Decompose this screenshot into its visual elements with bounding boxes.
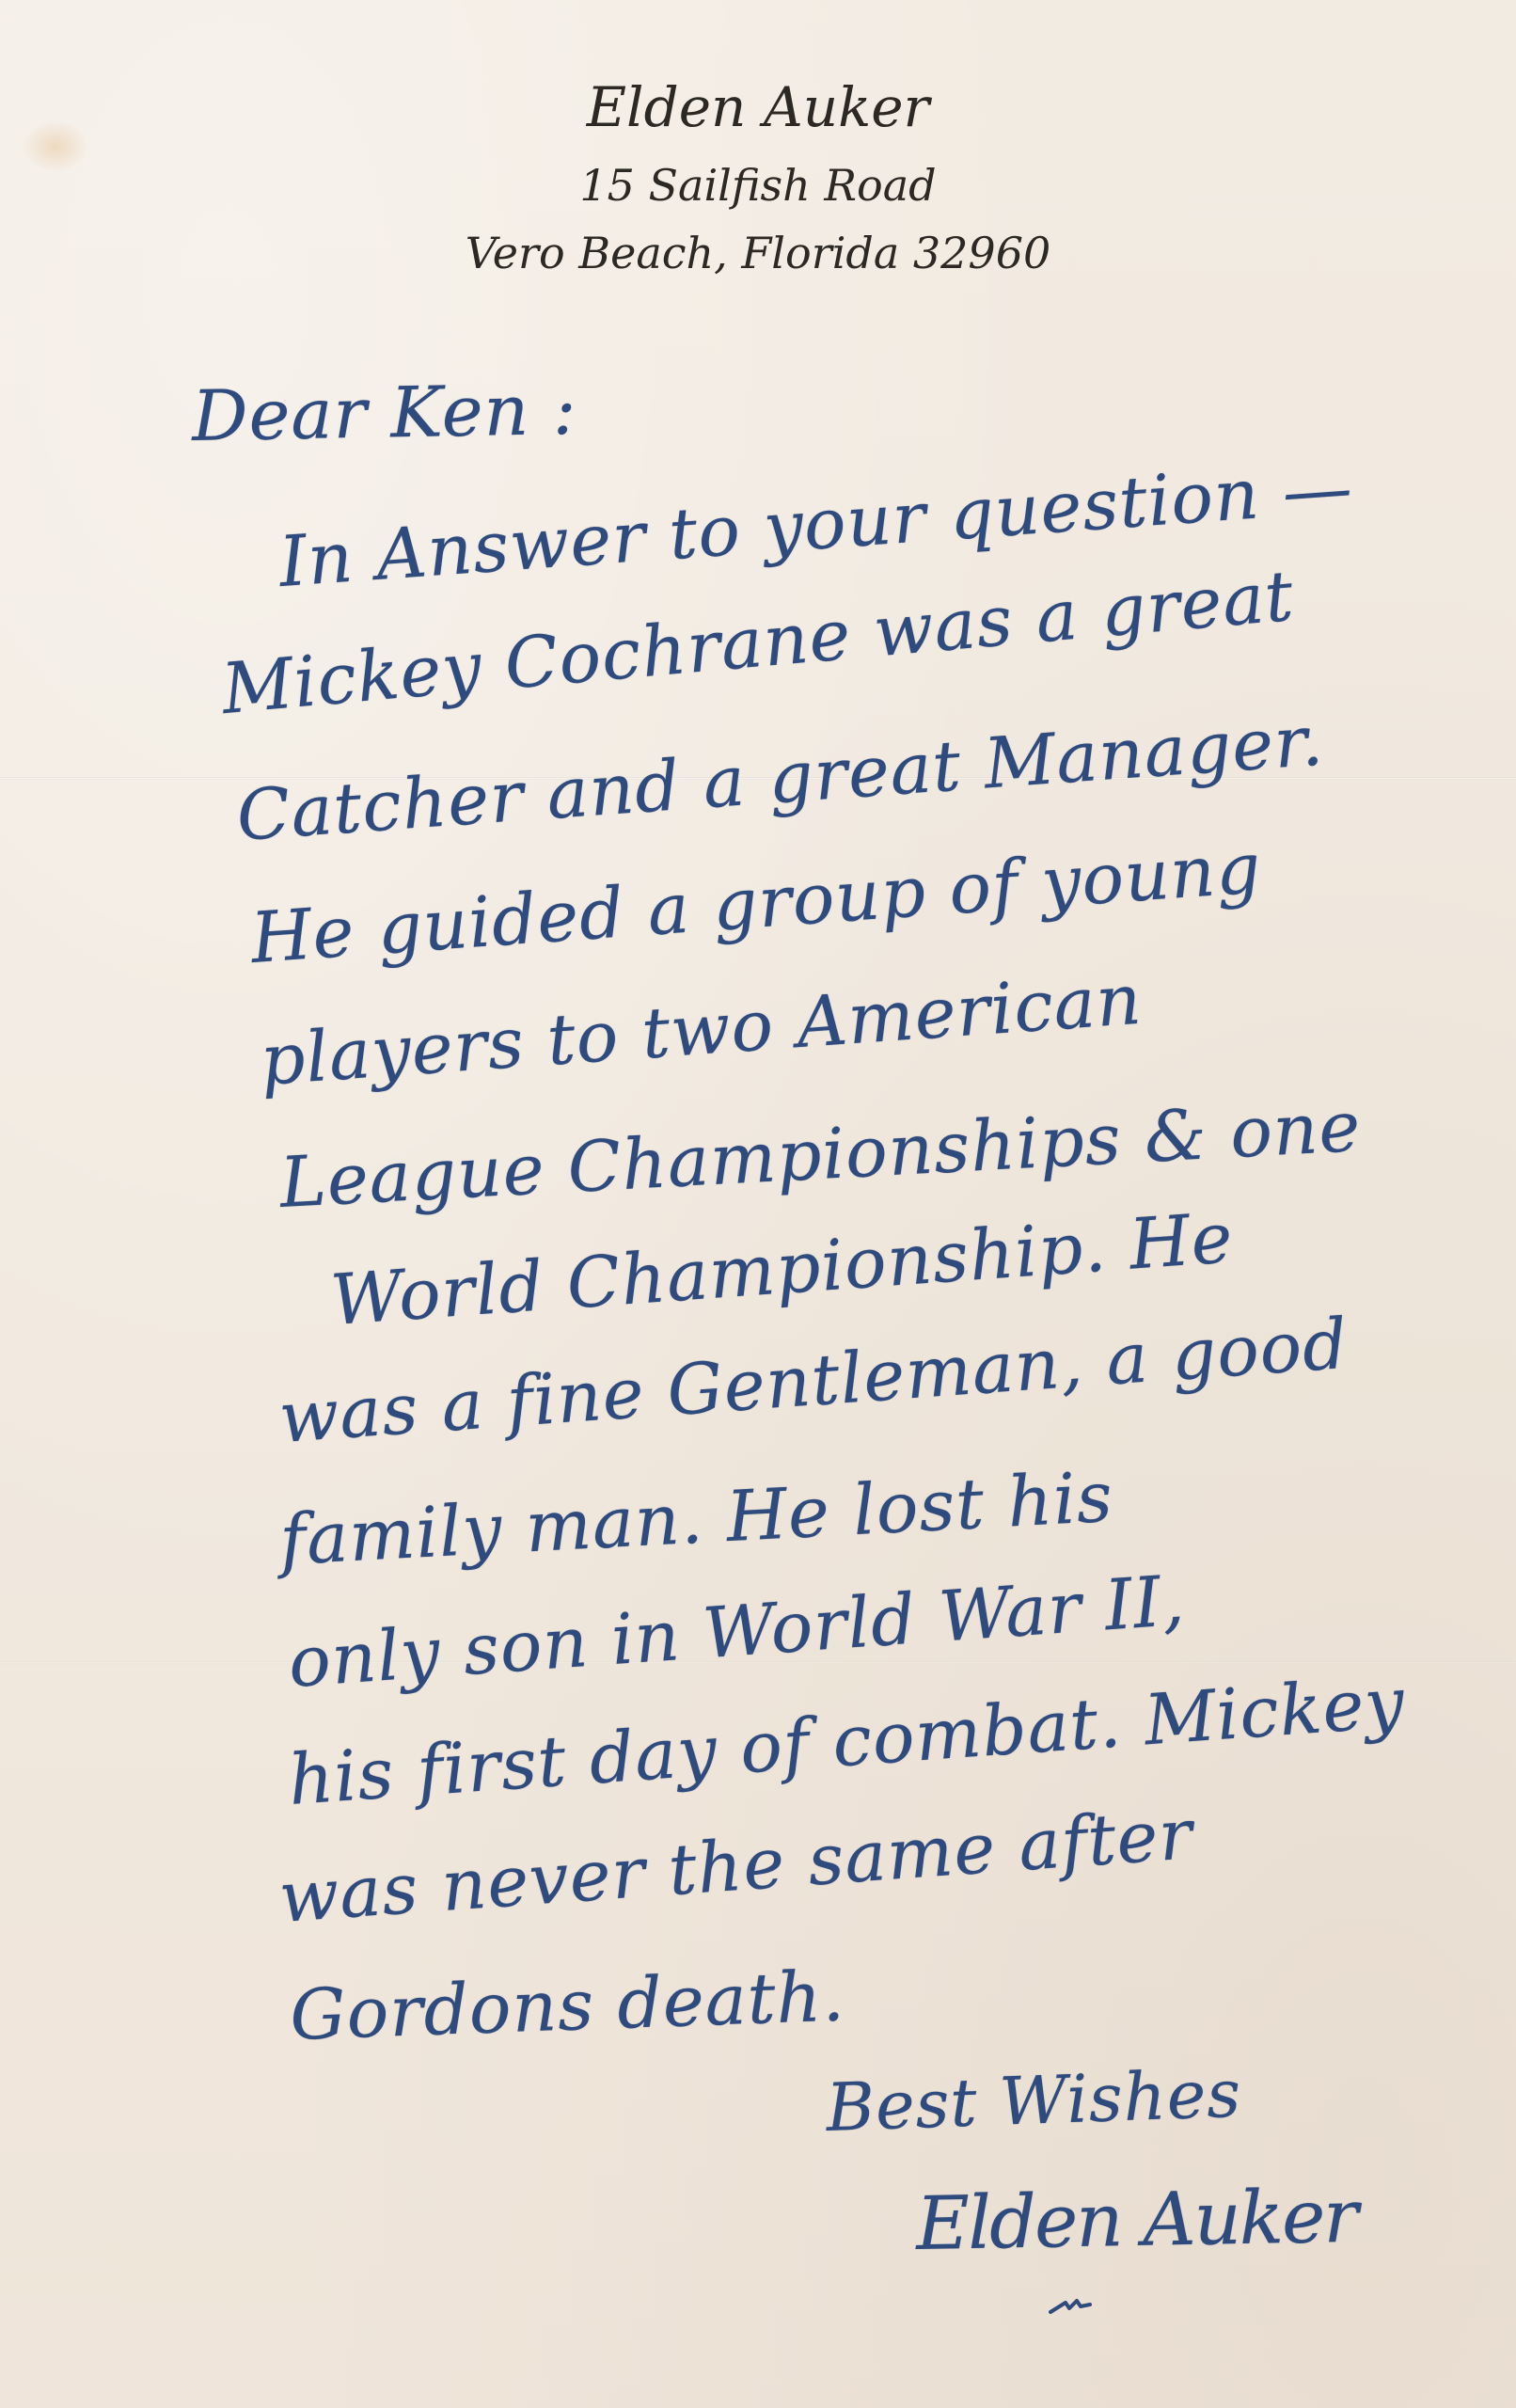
letter-page: Elden Auker 15 Sailfish Road Vero Beach,…	[0, 0, 1516, 2408]
closing: Best Wishes	[825, 2055, 1242, 2147]
body-line: was never the same after	[276, 1794, 1195, 1939]
letterhead-street: 15 Sailfish Road	[0, 160, 1516, 211]
signature: Elden Auker	[915, 2175, 1357, 2267]
signature-flourish-icon	[1049, 2295, 1114, 2316]
body-line: family man. He lost his	[277, 1457, 1114, 1581]
letterhead-name: Elden Auker	[0, 75, 1516, 139]
salutation: Dear Ken :	[191, 370, 577, 457]
body-line: Gordons death.	[289, 1956, 846, 2056]
body-line: only son in World War II,	[286, 1560, 1188, 1703]
body-line: players to two American	[258, 959, 1145, 1101]
letterhead-city: Vero Beach, Florida 32960	[0, 228, 1516, 278]
body-line: He guided a group of young	[248, 828, 1264, 979]
body-line: Catcher and a great Manager.	[234, 700, 1326, 857]
